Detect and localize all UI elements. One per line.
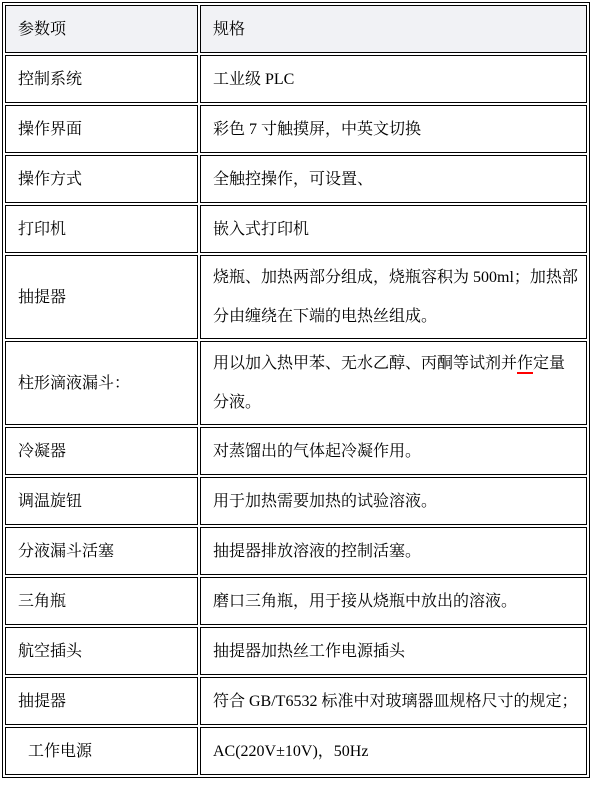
table-row: 柱形滴液漏斗： 用以加入热甲苯、无水乙醇、丙酮等试剂并作定量分液。 bbox=[5, 341, 587, 425]
spec-cell: 烧瓶、加热两部分组成，烧瓶容积为 500ml；加热部分由缠绕在下端的电热丝组成。 bbox=[200, 255, 587, 339]
spec-cell: 全触控操作，可设置、 bbox=[200, 155, 587, 203]
table-row: 操作方式 全触控操作，可设置、 bbox=[5, 155, 587, 203]
spec-cell: 彩色 7 寸触摸屏，中英文切换 bbox=[200, 105, 587, 153]
table-row: 工作电源 AC(220V±10V)，50Hz bbox=[5, 727, 587, 775]
table-header-row: 参数项 规格 bbox=[5, 5, 587, 53]
header-cell-param: 参数项 bbox=[5, 5, 198, 53]
param-cell: 工作电源 bbox=[5, 727, 198, 775]
table-row: 操作界面 彩色 7 寸触摸屏，中英文切换 bbox=[5, 105, 587, 153]
misspelled-word-underline: 作 bbox=[517, 355, 533, 374]
param-cell: 打印机 bbox=[5, 205, 198, 253]
table-row: 航空插头 抽提器加热丝工作电源插头 bbox=[5, 627, 587, 675]
spec-cell: 符合 GB/T6532 标准中对玻璃器皿规格尺寸的规定； bbox=[200, 677, 587, 725]
spec-cell: 对蒸馏出的气体起冷凝作用。 bbox=[200, 427, 587, 475]
spec-cell: 工业级 PLC bbox=[200, 55, 587, 103]
spec-cell: 用于加热需要加热的试验溶液。 bbox=[200, 477, 587, 525]
spec-cell: AC(220V±10V)，50Hz bbox=[200, 727, 587, 775]
table-row: 抽提器 符合 GB/T6532 标准中对玻璃器皿规格尺寸的规定； bbox=[5, 677, 587, 725]
spec-cell: 用以加入热甲苯、无水乙醇、丙酮等试剂并作定量分液。 bbox=[200, 341, 587, 425]
spec-cell: 磨口三角瓶，用于接从烧瓶中放出的溶液。 bbox=[200, 577, 587, 625]
param-cell: 航空插头 bbox=[5, 627, 198, 675]
param-cell: 操作方式 bbox=[5, 155, 198, 203]
param-cell: 操作界面 bbox=[5, 105, 198, 153]
spec-cell: 嵌入式打印机 bbox=[200, 205, 587, 253]
param-cell: 柱形滴液漏斗： bbox=[5, 341, 198, 425]
param-cell: 抽提器 bbox=[5, 255, 198, 339]
param-cell: 抽提器 bbox=[5, 677, 198, 725]
table-row: 打印机 嵌入式打印机 bbox=[5, 205, 587, 253]
spec-text-prefix: 用以加入热甲苯、无水乙醇、丙酮等试剂并 bbox=[213, 355, 517, 372]
table-row: 控制系统 工业级 PLC bbox=[5, 55, 587, 103]
table-row: 抽提器 烧瓶、加热两部分组成，烧瓶容积为 500ml；加热部分由缠绕在下端的电热… bbox=[5, 255, 587, 339]
param-cell: 冷凝器 bbox=[5, 427, 198, 475]
page-body: 参数项 规格 控制系统 工业级 PLC 操作界面 彩色 7 寸触摸屏，中英文切换… bbox=[0, 0, 592, 780]
param-cell: 控制系统 bbox=[5, 55, 198, 103]
param-cell: 调温旋钮 bbox=[5, 477, 198, 525]
table-row: 分液漏斗活塞 抽提器排放溶液的控制活塞。 bbox=[5, 527, 587, 575]
spec-cell: 抽提器加热丝工作电源插头 bbox=[200, 627, 587, 675]
table-row: 调温旋钮 用于加热需要加热的试验溶液。 bbox=[5, 477, 587, 525]
header-cell-spec: 规格 bbox=[200, 5, 587, 53]
table-row: 冷凝器 对蒸馏出的气体起冷凝作用。 bbox=[5, 427, 587, 475]
param-cell: 分液漏斗活塞 bbox=[5, 527, 198, 575]
spec-table: 参数项 规格 控制系统 工业级 PLC 操作界面 彩色 7 寸触摸屏，中英文切换… bbox=[2, 2, 590, 778]
table-row: 三角瓶 磨口三角瓶，用于接从烧瓶中放出的溶液。 bbox=[5, 577, 587, 625]
param-cell: 三角瓶 bbox=[5, 577, 198, 625]
spec-cell: 抽提器排放溶液的控制活塞。 bbox=[200, 527, 587, 575]
